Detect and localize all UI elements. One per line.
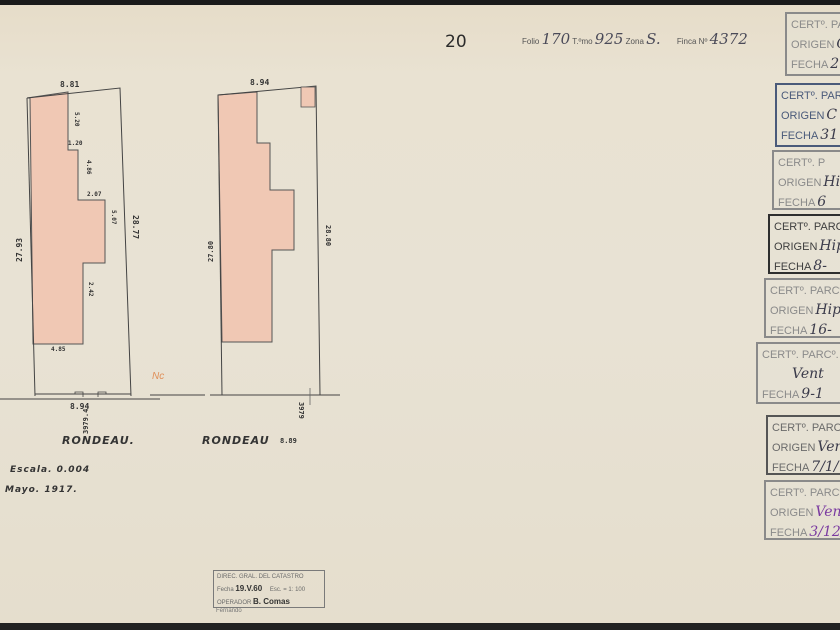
stamp-fecha-label: FECHA bbox=[762, 389, 799, 401]
scale-note: Escala. 0.004 bbox=[10, 465, 90, 475]
stamp-origen-label: ORIGEN bbox=[770, 507, 813, 519]
left-plan-dim-6: 2.42 bbox=[87, 282, 94, 296]
left-plan-dim-1: 5.20 bbox=[73, 112, 80, 126]
stamp-fecha-label: FECHA bbox=[770, 325, 807, 337]
stamp-origen-value: Hipot bbox=[815, 302, 840, 318]
stamp-origen-label: ORIGEN bbox=[770, 305, 813, 317]
stamp-cert-label: CERTº. PARCº. Nº bbox=[762, 346, 840, 365]
scan-bottom-border bbox=[0, 623, 840, 630]
left-plan-dim-7: 4.85 bbox=[51, 346, 65, 353]
catastro-fecha-label: Fecha bbox=[217, 587, 234, 593]
stamp-cert-label: CERTº. PARCº. bbox=[772, 419, 840, 438]
stamp-cert-label: CERTº. P bbox=[778, 154, 840, 173]
stamp-origen-label: ORIGEN bbox=[772, 442, 815, 454]
left-plan-dim-5: 5.07 bbox=[110, 210, 117, 224]
cert-stamp-1: CERTº. PARC ORIGENC FECHA2 bbox=[785, 12, 840, 76]
stamp-fecha-label: FECHA bbox=[774, 261, 811, 273]
stamp-origen-label: ORIGEN bbox=[774, 241, 817, 253]
stamp-origen-value: C bbox=[836, 36, 840, 52]
cert-stamp-5: CERTº. PARCº. N ORIGENHipot FECHA16- bbox=[764, 278, 840, 338]
left-plan-outline bbox=[0, 88, 160, 399]
stamp-fecha-value: 9-1 bbox=[801, 386, 824, 402]
stamp-cert-label: CERTº. PARCº bbox=[781, 87, 840, 106]
date-note: Mayo. 1917. bbox=[5, 485, 78, 495]
catastro-esc-value: 100 bbox=[295, 587, 305, 593]
stamp-fecha-label: FECHA bbox=[781, 130, 818, 142]
catastro-stamp: DIREC. GRAL. DEL CATASTRO Fecha 19.V.60 … bbox=[213, 570, 325, 608]
plans-drawing bbox=[0, 0, 760, 630]
stamp-origen-value: Hip. bbox=[819, 238, 840, 254]
stamp-origen-label: ORIGEN bbox=[781, 110, 824, 122]
stamp-fecha-value: 31 bbox=[820, 127, 838, 143]
left-plan-left-depth: 27.93 bbox=[15, 238, 24, 262]
catastro-fecha-row: Fecha 19.V.60 Esc. = 1: 100 bbox=[217, 583, 321, 596]
stamp-fecha-value: 7/1/ bbox=[811, 459, 838, 475]
right-plan-top-width: 8.94 bbox=[250, 78, 269, 87]
catastro-footer: Fernando bbox=[216, 608, 242, 614]
right-plan-left-depth: 27.80 bbox=[207, 241, 215, 262]
cert-stamp-8: CERTº. PARCº ORIGENVenta FECHA3/12/ bbox=[764, 480, 840, 540]
stamp-fecha-value: 3/12/ bbox=[809, 524, 840, 540]
stamp-origen-value: Hip bbox=[823, 174, 840, 190]
stamp-origen-value: Vent bbox=[792, 366, 824, 382]
right-plan-street-name: RONDEAU bbox=[202, 434, 270, 447]
stamp-origen-value: Venta bbox=[815, 504, 840, 520]
cert-stamp-6: CERTº. PARCº. Nº Vent FECHA9-1 bbox=[756, 342, 840, 404]
right-plan-front-number: 3979 bbox=[297, 402, 305, 419]
stamp-origen-value: Vend bbox=[817, 439, 840, 455]
left-plan-street-name: RONDEAU. bbox=[62, 434, 135, 447]
right-plan-outline bbox=[150, 86, 340, 405]
stamp-origen-label: ORIGEN bbox=[791, 39, 834, 51]
stamp-origen-label: ORIGEN bbox=[778, 177, 821, 189]
left-plan-front-number: 3979.4 bbox=[82, 409, 90, 434]
stamp-fecha-label: FECHA bbox=[791, 59, 828, 71]
cert-stamp-4: CERTº. PARCº. ORIGENHip. FECHA8- bbox=[768, 214, 840, 274]
stamp-cert-label: CERTº. PARCº bbox=[770, 484, 840, 503]
left-plan-dim-4: 2.07 bbox=[87, 191, 101, 198]
right-plan-street-width: 8.89 bbox=[280, 437, 297, 445]
stamp-fecha-value: 8- bbox=[813, 258, 827, 274]
left-plan-right-depth: 28.77 bbox=[131, 215, 140, 239]
left-plan-dim-3: 4.86 bbox=[85, 160, 92, 174]
catastro-operador-value: B. Comas bbox=[253, 597, 290, 606]
stamp-fecha-value: 2 bbox=[830, 56, 839, 72]
cert-stamp-3: CERTº. P ORIGENHip FECHA6 bbox=[772, 150, 840, 210]
stamp-fecha-label: FECHA bbox=[770, 527, 807, 539]
catastro-esc-label: Esc. = 1: bbox=[270, 587, 294, 593]
stamp-origen-value: C bbox=[826, 107, 837, 123]
left-plan-dim-2: 1.20 bbox=[68, 140, 82, 147]
catastro-fecha-value: 19.V.60 bbox=[235, 584, 262, 593]
stamp-cert-label: CERTº. PARCº. N bbox=[770, 282, 840, 301]
stamp-cert-label: CERTº. PARCº. bbox=[774, 218, 840, 237]
cadastral-sheet: 20 Folio 170 T.ºmo 925 Zona S. Finca Nº … bbox=[0, 0, 840, 630]
stamp-fecha-label: FECHA bbox=[772, 462, 809, 474]
stamp-fecha-value: 6 bbox=[817, 194, 826, 210]
catastro-operador-label: OPERADOR bbox=[217, 600, 251, 606]
stamp-fecha-label: FECHA bbox=[778, 197, 815, 209]
nc-annotation: Nc bbox=[152, 371, 164, 382]
right-plan-right-depth: 28.80 bbox=[324, 225, 332, 246]
left-plan-top-width: 8.81 bbox=[60, 80, 79, 89]
stamp-cert-label: CERTº. PARC bbox=[791, 16, 840, 35]
catastro-title: DIREC. GRAL. DEL CATASTRO bbox=[217, 572, 321, 583]
stamp-fecha-value: 16- bbox=[809, 322, 832, 338]
cert-stamp-2: CERTº. PARCº ORIGENC FECHA31 bbox=[775, 83, 840, 147]
cert-stamp-7: CERTº. PARCº. ORIGENVend FECHA7/1/ bbox=[766, 415, 840, 475]
